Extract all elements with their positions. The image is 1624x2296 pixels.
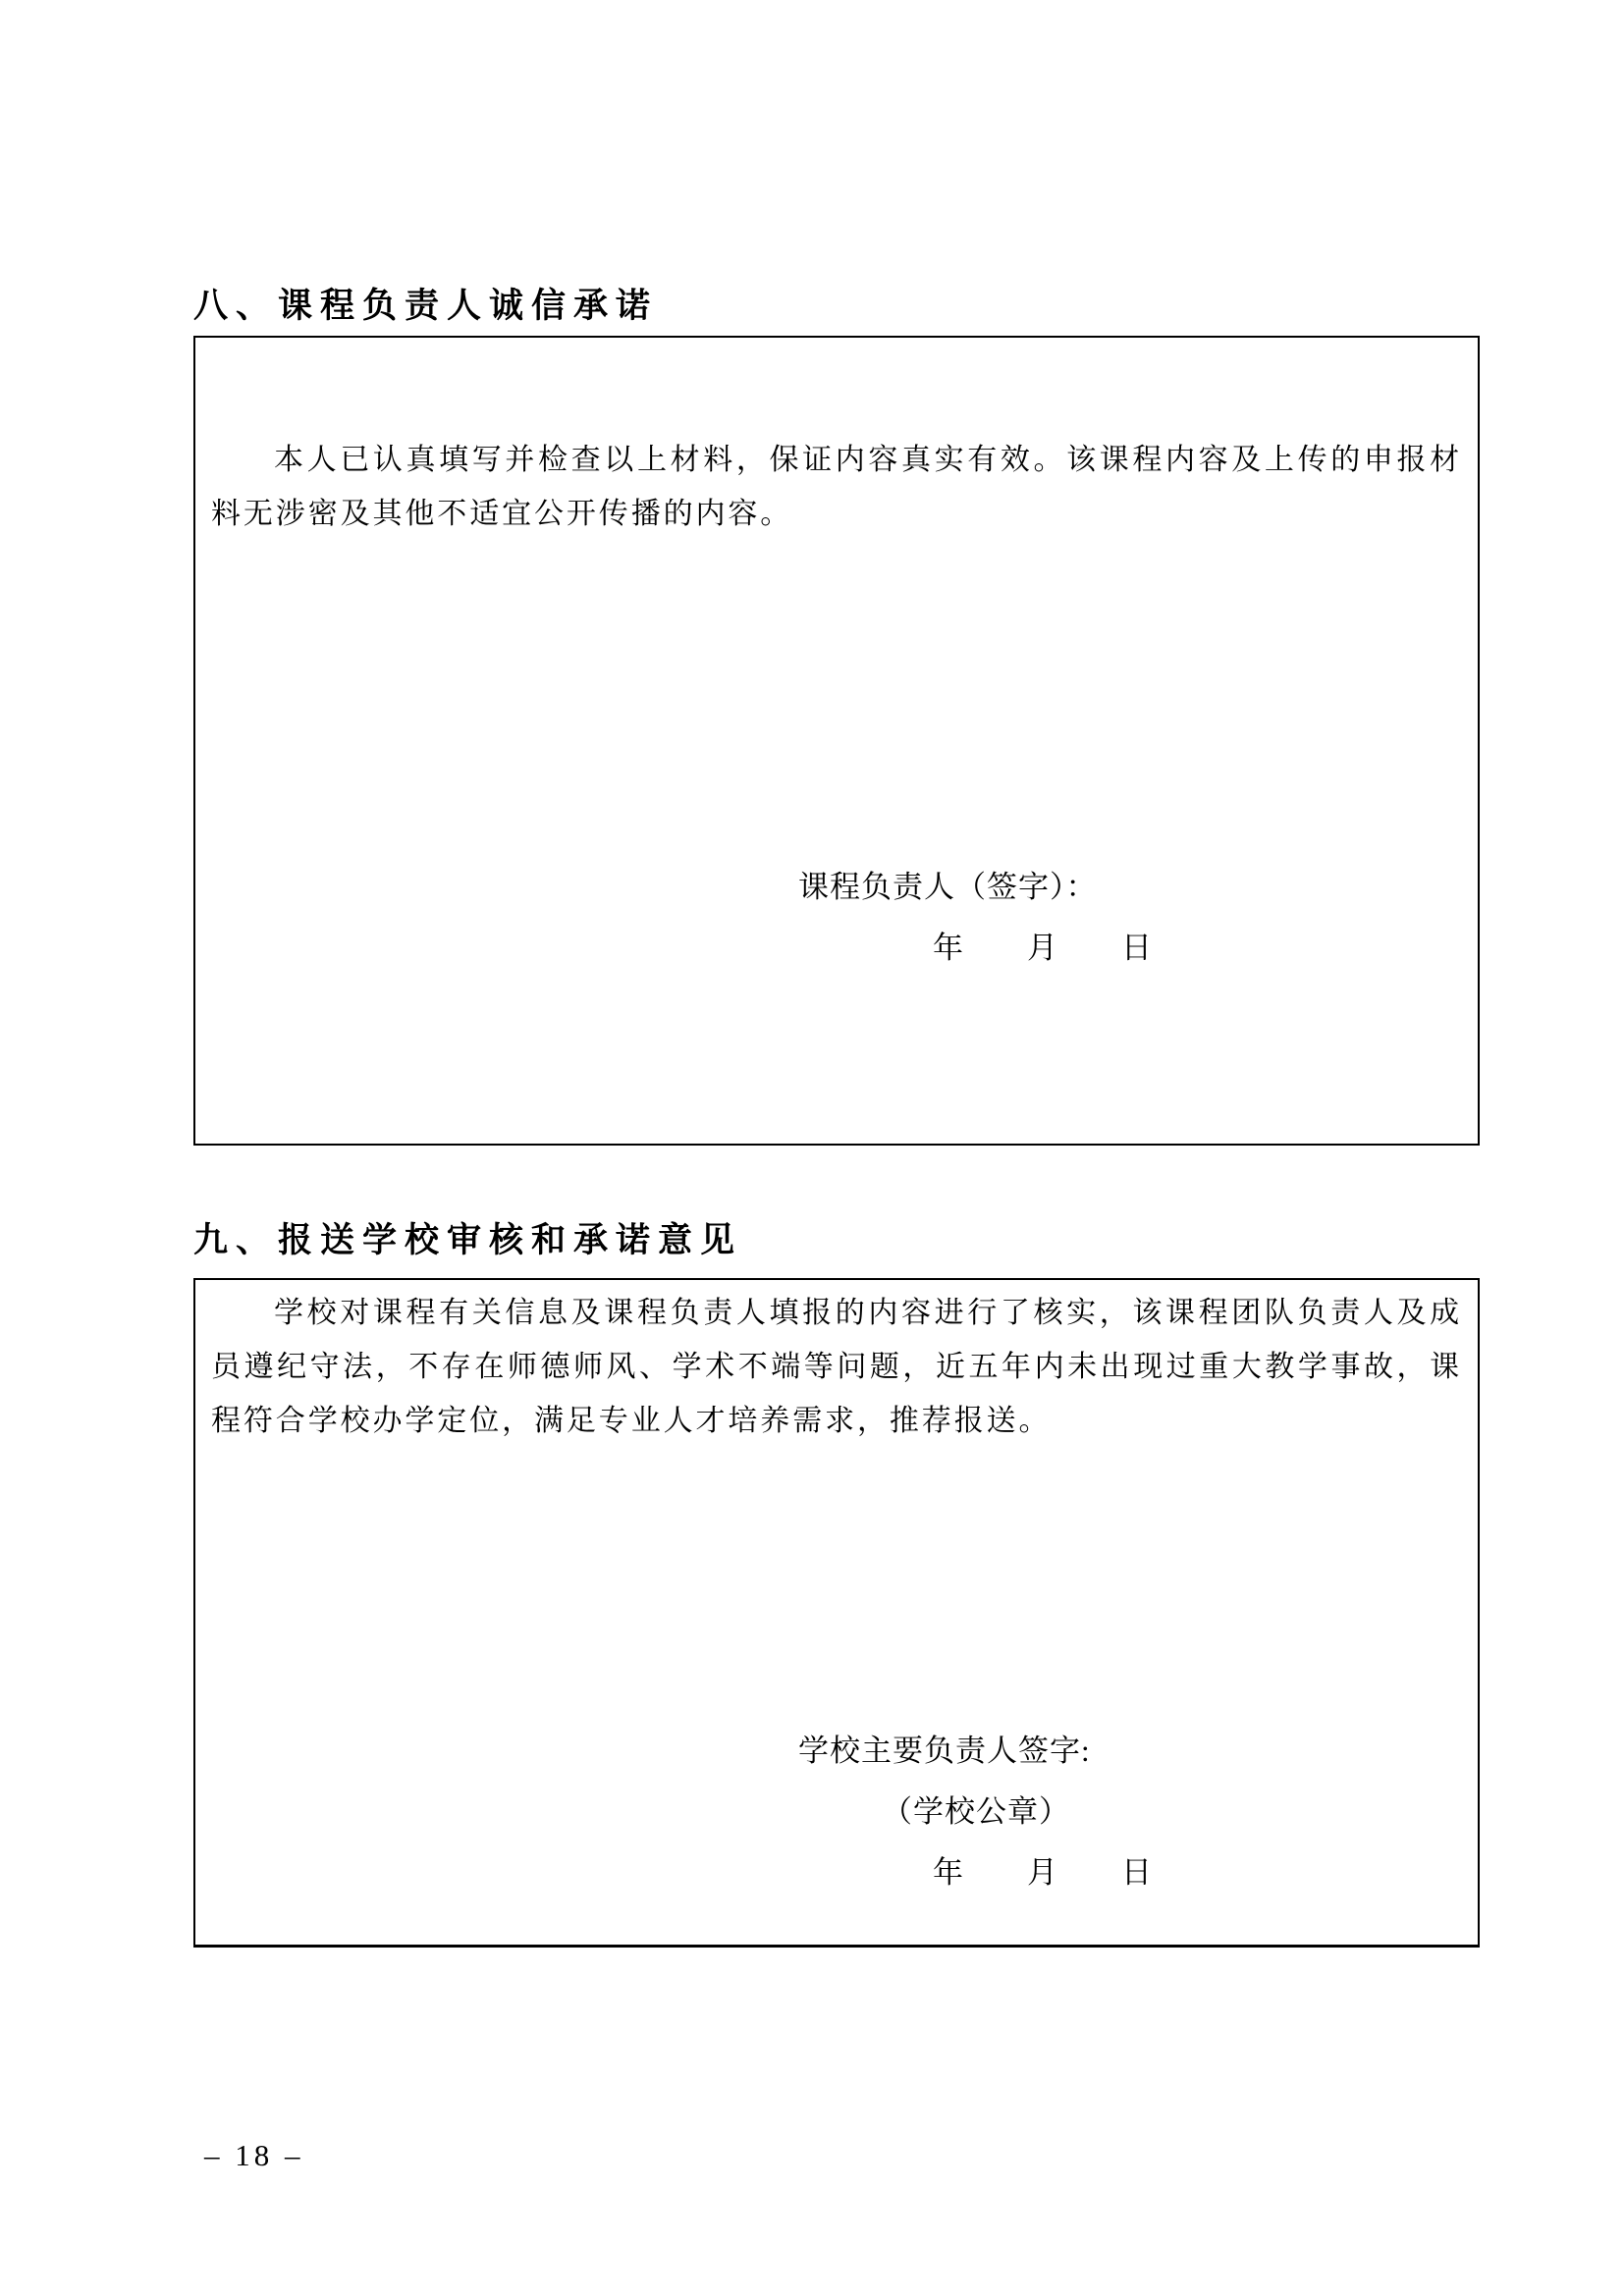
section-8-commitment-box: 本人已认真填写并检查以上材料，保证内容真实有效。该课程内容及上传的申报材料无涉密… xyxy=(193,336,1480,1146)
page-number: – 18 – xyxy=(204,2138,304,2173)
section-9-body-text: 学校对课程有关信息及课程负责人填报的内容进行了核实，该课程团队负责人及成员遵纪守… xyxy=(211,1286,1462,1448)
section-8-date-line: 年 月 日 xyxy=(933,931,1153,966)
section-8-body-text: 本人已认真填写并检查以上材料，保证内容真实有效。该课程内容及上传的申报材料无涉密… xyxy=(211,433,1462,541)
section-9-date-line: 年 月 日 xyxy=(933,1855,1153,1891)
section-9-heading: 九、报送学校审核和承诺意见 xyxy=(193,1221,742,1260)
section-9-signature-label: 学校主要负责人签字: xyxy=(798,1734,1091,1769)
section-8-heading: 八、课程负责人诚信承诺 xyxy=(193,287,658,326)
section-9-school-seal-label: （学校公章） xyxy=(882,1794,1070,1830)
section-8-signature-label: 课程负责人（签字）： xyxy=(798,870,1098,905)
section-9-review-box: 学校对课程有关信息及课程负责人填报的内容进行了核实，该课程团队负责人及成员遵纪守… xyxy=(193,1278,1480,1948)
document-page: 八、课程负责人诚信承诺 本人已认真填写并检查以上材料，保证内容真实有效。该课程内… xyxy=(0,0,1624,2296)
